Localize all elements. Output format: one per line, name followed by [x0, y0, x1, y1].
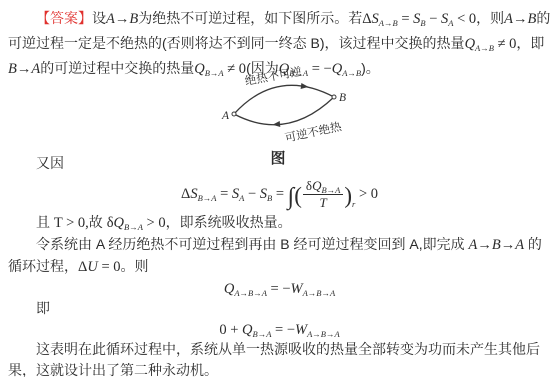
math-var: Q — [194, 61, 204, 77]
math-symbol: = — [216, 186, 231, 202]
text-run: 即 — [36, 300, 50, 316]
math-symbol: Δ — [181, 186, 190, 202]
cycle-paragraph: 令系统由 A 经历绝热不可逆过程到再由 B 经可逆过程变回到 A,即完成 A→B… — [8, 234, 551, 278]
math-symbol: Δ — [78, 259, 87, 275]
math-subscript: A→B→A — [307, 329, 340, 339]
answer-label: 【答案】 — [36, 10, 92, 26]
conclusion-paragraph: 这表明在此循环过程中，系统从单一热源吸收的热量全部转变为功而未产生其他后果，这就… — [8, 339, 551, 377]
math-symbol: − — [244, 186, 259, 202]
math-var: A — [468, 237, 477, 253]
temperature-paragraph: 且 T > 0,故 δQB→A > 0，即系统吸收热量。 — [8, 212, 551, 234]
state-a-label: A — [221, 110, 230, 122]
math-subscript: B→A — [253, 329, 272, 339]
arrow-left-icon — [272, 121, 280, 128]
entropy-change-formula: ΔSB→A = SA − SB = ∫(δQB→AT)r > 0 — [8, 174, 551, 212]
math-var: U — [87, 259, 97, 275]
text-run: 且 — [36, 214, 54, 230]
text-run: ，则 — [476, 10, 504, 26]
math-var: B — [8, 61, 17, 77]
math-var: A — [31, 61, 40, 77]
math-symbol: = — [272, 186, 287, 202]
math-var: A — [106, 11, 115, 27]
math-symbol: = 0 — [98, 259, 121, 275]
left-paren: ( — [294, 183, 302, 208]
formula-tail: > 0 — [355, 185, 378, 201]
math-var: B — [129, 11, 138, 27]
text-run: 又因 — [36, 155, 64, 171]
math-var: A — [504, 11, 513, 27]
reversible-label: 可逆不绝热 — [284, 119, 344, 145]
cycle-diagram-svg: 绝热不可逆 可逆不绝热 A B 图 — [222, 65, 372, 169]
fraction-denominator: T — [303, 195, 343, 210]
math-subscript: A→B — [379, 18, 398, 28]
cycle-heat-work-formula: QA→B→A = −WA→B→A — [8, 278, 551, 298]
figure-caption: 图 — [270, 149, 285, 167]
math-subscript: B→A — [205, 68, 224, 78]
text-run: 故 — [89, 214, 107, 230]
right-paren: ) — [344, 183, 352, 208]
math-var: S — [260, 186, 267, 202]
text-run: 为绝热不可逆过程，如下图所示。若 — [138, 10, 362, 26]
math-var: Q — [224, 281, 234, 297]
math-symbol: ≠ 0 — [494, 36, 516, 52]
state-point-b — [332, 95, 336, 99]
text-run: 的可逆过程中交换的热量 — [40, 60, 194, 76]
arrow-right-icon — [301, 83, 309, 90]
formula-lhs: ΔSB→A = SA − SB = — [181, 185, 288, 201]
math-symbol: = − — [271, 322, 295, 338]
cycle-diagram: 绝热不可逆 可逆不绝热 A B 图 — [8, 81, 551, 153]
math-subscript: B→A — [124, 222, 143, 232]
math-var: Q — [114, 215, 124, 231]
state-point-a — [232, 112, 236, 116]
math-symbol: 0 + — [219, 322, 242, 338]
math-symbol: > 0 — [355, 186, 378, 202]
text-run: 令系统由 A 经历绝热不可逆过程到再由 B 经可逆过程变回到 A,即完成 — [36, 236, 468, 252]
result-formula: 0 + QB→A = −WA→B→A — [8, 319, 551, 339]
text-run: 这表明在此循环过程中，系统从单一热源吸收的热量全部转变为功而未产生其他后果，这就… — [8, 341, 540, 377]
math-symbol: δ — [107, 215, 114, 231]
math-symbol: > 0 — [143, 215, 166, 231]
math-var: S — [190, 186, 197, 202]
ji-paragraph: 即 — [8, 298, 551, 319]
math-var: W — [291, 281, 303, 297]
adiabatic-label: 绝热不可逆 — [244, 64, 304, 88]
math-symbol: = − — [267, 281, 291, 297]
math-symbol: → — [477, 237, 492, 253]
math-subscript: A→B→A — [234, 288, 267, 298]
text-run: ，即系统吸收热量。 — [166, 214, 292, 230]
math-var: B — [492, 237, 501, 253]
math-subscript: B→A — [198, 193, 217, 203]
math-symbol: − — [426, 11, 441, 27]
math-var: Q — [465, 36, 475, 52]
math-subscript: A→B — [475, 43, 494, 53]
math-symbol: → — [513, 11, 528, 27]
math-var: W — [295, 322, 307, 338]
math-symbol: → — [115, 11, 130, 27]
fraction-numerator: δQB→A — [303, 179, 343, 195]
math-symbol: → — [501, 237, 516, 253]
math-subscript: B→A — [321, 185, 340, 195]
text-run: 设 — [92, 10, 106, 26]
text-run: ，即 — [516, 35, 544, 51]
math-symbol: Δ — [362, 11, 371, 27]
math-var: A — [515, 237, 524, 253]
math-var: Q — [242, 322, 252, 338]
answer-document: { "page": { "colors": { "ink": "#2b2b2b"… — [0, 0, 559, 377]
math-subscript: A→B→A — [303, 288, 336, 298]
text-run: 。则 — [121, 258, 149, 274]
state-b-label: B — [339, 92, 346, 104]
fraction: δQB→AT — [303, 179, 343, 209]
reversible-path — [234, 97, 334, 125]
math-var: S — [372, 11, 379, 27]
math-symbol: < 0 — [453, 11, 476, 27]
math-symbol: T > 0, — [54, 215, 89, 231]
math-symbol: → — [17, 61, 32, 77]
math-symbol: = — [398, 11, 413, 27]
